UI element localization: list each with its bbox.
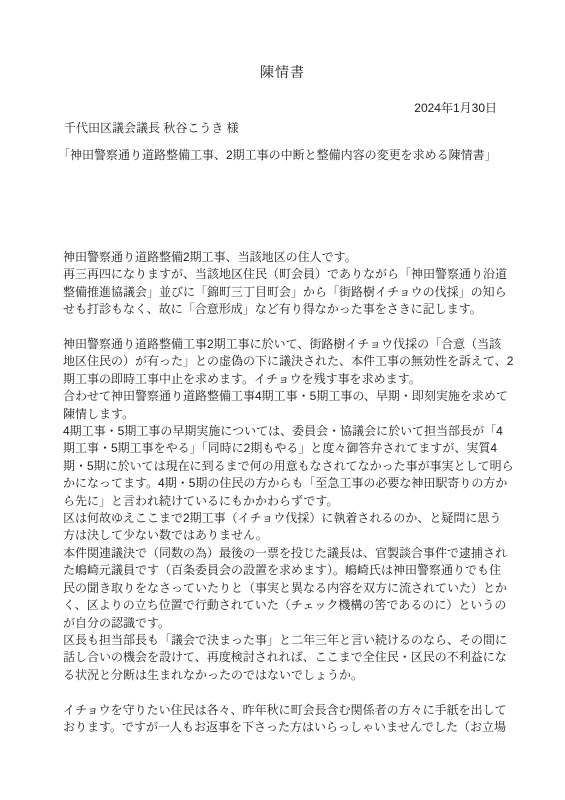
text-line: せも打診もなく、故に「合意形成」など有り得なかった事をさきに記します。 xyxy=(63,301,511,318)
text-line: 期・5期に於いては現在に到るまで何の用意もなされてなかった事が事実として明ら xyxy=(63,458,511,475)
text-line: く、区よりの立ち位置で行動されていた（チェック機構の筈であるのに）というの xyxy=(63,597,511,614)
text-line: る状況と分断は生まれなかったのではないでしょうか。 xyxy=(63,667,511,684)
text-line: 合わせて神田警察通り道路整備工事4期工事・5期工事の、早期・即刻実施を求めて xyxy=(63,388,511,405)
text-line: イチョウを守りたい住民は各々、昨年秋に町会長含む関係者の方々に手紙を出して xyxy=(63,702,511,719)
text-line: 期工事の即時工事中止を求めます。イチョウを残す事を求めます。 xyxy=(63,371,511,388)
text-line: 陳情します。 xyxy=(63,406,511,423)
text-line: 整備推進協議会」並びに「錦町三丁目町会」から「街路樹イチョウの伐採」の知ら xyxy=(63,284,511,301)
text-line: が自分の認識です。 xyxy=(63,615,511,632)
text-line: 話し合いの機会を設けて、再度検討されれば、ここまで全住民・区民の不利益にな xyxy=(63,649,511,666)
text-line: 期工事・5期工事をやる」「同時に2期もやる」と度々御答弁されてますが、実質4 xyxy=(63,440,511,457)
text-line: 本件関連議決で（同数の為）最後の一票を投じた議長は、官製談合事件で逮捕され xyxy=(63,545,511,562)
recipient-line: 千代田区議会議長 秋谷こうき 様 xyxy=(64,119,239,136)
text-line: た嶋崎元議員です（百条委員会の設置を求めます）。嶋崎氏は神田警察通りでも住 xyxy=(63,562,511,579)
text-line: 再三再四になりますが、当該地区住民（町会員）でありながら「神田警察通り沿道 xyxy=(63,266,511,283)
document-title: 陳情書 xyxy=(0,62,565,82)
paragraph-block: イチョウを守りたい住民は各々、昨年秋に町会長含む関係者の方々に手紙を出しておりま… xyxy=(63,702,511,737)
text-line: 民の聞き取りをなさっていたりと（事実と異なる内容を双方に流されていた）とか xyxy=(63,580,511,597)
document-date: 2024年1月30日 xyxy=(414,99,497,116)
text-line: 神田警察通り道路整備2期工事、当該地区の住人です。 xyxy=(63,249,511,266)
petition-document-page: 陳情書 2024年1月30日 千代田区議会議長 秋谷こうき 様 「神田警察通り道… xyxy=(0,0,565,800)
text-line: 地区住民の）が有った」との虚偽の下に議決された、本件工事の無効性を訴えて、2 xyxy=(63,353,511,370)
text-line: 神田警察通り道路整備工事2期工事に於いて、街路樹イチョウ伐採の「合意（当該 xyxy=(63,336,511,353)
document-body: 神田警察通り道路整備2期工事、当該地区の住人です。再三再四になりますが、当該地区… xyxy=(63,249,511,736)
text-line: 4期工事・5期工事の早期実施については、委員会・協議会に於いて担当部長が「4 xyxy=(63,423,511,440)
text-line: かになってます。4期・5期の住民の方からも「至急工事の必要な神田駅寄りの方か xyxy=(63,475,511,492)
text-line: ら先に」と言われ続けているにもかかわらずです。 xyxy=(63,493,511,510)
text-line: 区長も担当部長も「議会で決まった事」と二年三年と言い続けるのなら、その間に xyxy=(63,632,511,649)
paragraph-block: 神田警察通り道路整備工事2期工事に於いて、街路樹イチョウ伐採の「合意（当該地区住… xyxy=(63,336,511,684)
paragraph-block: 神田警察通り道路整備2期工事、当該地区の住人です。再三再四になりますが、当該地区… xyxy=(63,249,511,319)
subject-line: 「神田警察通り道路整備工事、2期工事の中断と整備内容の変更を求める陳情書」 xyxy=(58,146,497,163)
text-line: おります。ですが一人もお返事を下さった方はいらっしゃいませんでした（お立場 xyxy=(63,719,511,736)
text-line: 区は何故ゆえここまで2期工事（イチョウ伐採）に執着されるのか、と疑問に思う xyxy=(63,510,511,527)
text-line: 方は決して少ない数ではありません。 xyxy=(63,527,511,544)
